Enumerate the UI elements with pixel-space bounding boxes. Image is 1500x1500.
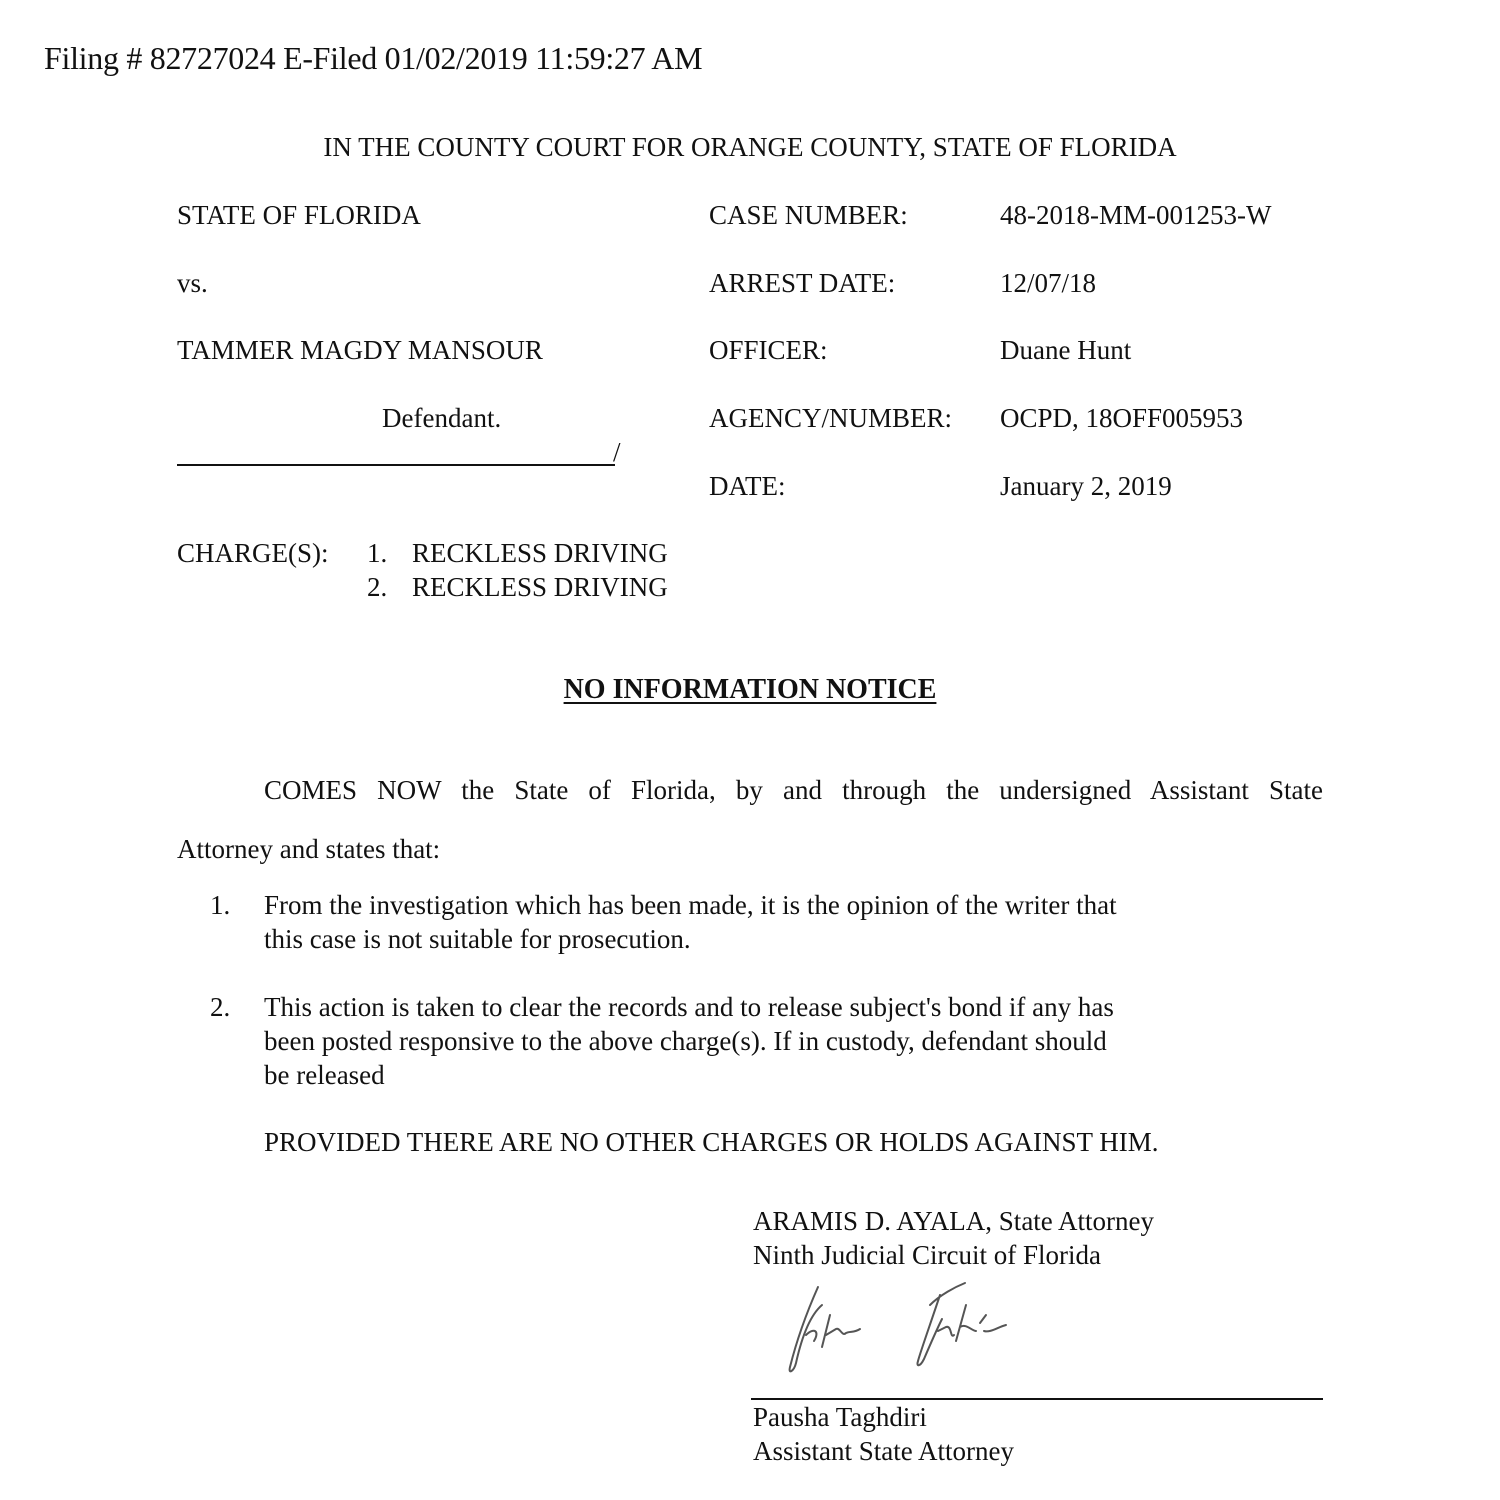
item-1-number: 1. bbox=[210, 890, 230, 921]
court-heading: IN THE COUNTY COURT FOR ORANGE COUNTY, S… bbox=[0, 132, 1500, 163]
agency-number-value: OCPD, 18OFF005953 bbox=[1000, 403, 1243, 434]
item-1-line-1: From the investigation which has been ma… bbox=[264, 890, 1117, 921]
charge-2-text: RECKLESS DRIVING bbox=[412, 572, 668, 603]
signer-name: Pausha Taghdiri bbox=[753, 1400, 927, 1434]
signer-title: Assistant State Attorney bbox=[753, 1434, 1014, 1468]
item-2-line-2: been posted responsive to the above char… bbox=[264, 1026, 1107, 1057]
intro-line-1: COMES NOW the State of Florida, by and t… bbox=[264, 775, 1323, 806]
caption-slash: / bbox=[613, 437, 621, 468]
item-1-line-2: this case is not suitable for prosecutio… bbox=[264, 924, 691, 955]
defendant-name: TAMMER MAGDY MANSOUR bbox=[177, 335, 543, 366]
arrest-date-label: ARREST DATE: bbox=[709, 268, 895, 299]
proviso: PROVIDED THERE ARE NO OTHER CHARGES OR H… bbox=[264, 1127, 1159, 1158]
case-number-label: CASE NUMBER: bbox=[709, 200, 908, 231]
item-2-line-1: This action is taken to clear the record… bbox=[264, 992, 1114, 1023]
arrest-date-value: 12/07/18 bbox=[1000, 268, 1096, 299]
item-2-number: 2. bbox=[210, 992, 230, 1023]
item-2-line-3: be released bbox=[264, 1060, 385, 1091]
charge-2-number: 2. bbox=[367, 572, 387, 603]
intro-line-2: Attorney and states that: bbox=[177, 834, 440, 865]
charge-1-number: 1. bbox=[367, 538, 387, 569]
defendant-label: Defendant. bbox=[382, 403, 501, 434]
plaintiff: STATE OF FLORIDA bbox=[177, 200, 421, 231]
charges-label: CHARGE(S): bbox=[177, 538, 329, 569]
caption-rule bbox=[177, 464, 615, 466]
date-label: DATE: bbox=[709, 471, 786, 502]
date-value: January 2, 2019 bbox=[1000, 471, 1172, 502]
handwritten-signature-icon bbox=[770, 1275, 1140, 1385]
circuit-line: Ninth Judicial Circuit of Florida bbox=[753, 1238, 1101, 1272]
agency-number-label: AGENCY/NUMBER: bbox=[709, 403, 952, 434]
state-attorney-line: ARAMIS D. AYALA, State Attorney bbox=[753, 1204, 1154, 1238]
notice-title: NO INFORMATION NOTICE bbox=[0, 674, 1500, 706]
officer-value: Duane Hunt bbox=[1000, 335, 1131, 366]
filing-header: Filing # 82727024 E-Filed 01/02/2019 11:… bbox=[44, 40, 702, 77]
case-number-value: 48-2018-MM-001253-W bbox=[1000, 200, 1271, 231]
officer-label: OFFICER: bbox=[709, 335, 828, 366]
charge-1-text: RECKLESS DRIVING bbox=[412, 538, 668, 569]
versus: vs. bbox=[177, 268, 208, 299]
